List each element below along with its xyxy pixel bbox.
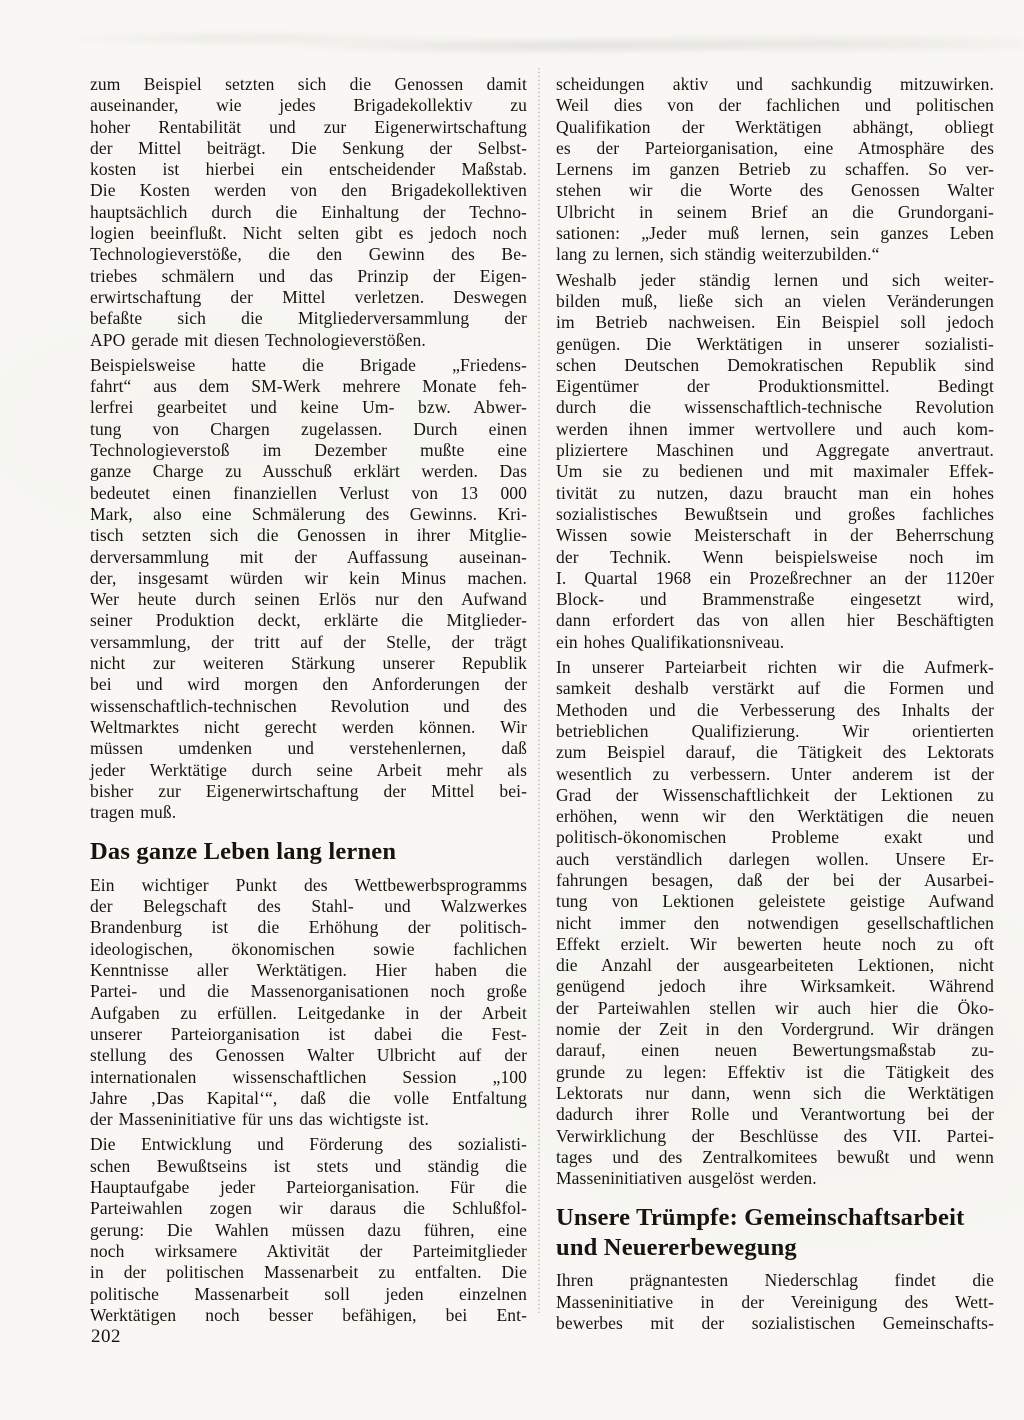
text-line: Die Kosten werden von den Brigadekollekt… — [90, 180, 527, 201]
text-line: tivität zu nutzen, dazu braucht man ein … — [556, 483, 994, 504]
right-column: scheidungen aktiv und sachkundig mitzuwi… — [556, 74, 994, 1338]
text-line: bisher zur Eigenerwirtschaftung der Mitt… — [90, 781, 527, 802]
text-line: schen Deutschen Demokratischen Republik … — [556, 355, 994, 376]
text-line: stehen wir die Worte des Genossen Walter — [556, 180, 994, 201]
page-number: 202 — [91, 1326, 121, 1348]
text-line: genügen. Die Werktätigen in unserer sozi… — [556, 334, 994, 355]
text-line: auch verständlich darlegen wollen. Unser… — [556, 849, 994, 870]
text-line: dann erfordert das von allen hier Beschä… — [556, 610, 994, 631]
left-column: zum Beispiel setzten sich die Genossen d… — [90, 74, 527, 1330]
text-line: wesentlich zu verbessern. Unter anderem … — [556, 764, 994, 785]
text-line: es der Parteiorganisation, eine Atmosphä… — [556, 138, 994, 159]
paragraph: Beispielsweise hatte die Brigade „Friede… — [90, 355, 527, 824]
text-line: Lektorats nur dann, wenn sich die Werktä… — [556, 1083, 994, 1104]
text-line: hauptsächlich durch die Einhaltung der T… — [90, 202, 527, 223]
heading-line: Das ganze Leben lang lernen — [90, 837, 527, 867]
text-line: Brandenburg ist die Erhöhung der politis… — [90, 917, 527, 938]
text-line: Kenntnisse aller Werktätigen. Hier haben… — [90, 960, 527, 981]
text-line: In unserer Parteiarbeit richten wir die … — [556, 657, 994, 678]
text-line: Hauptaufgabe jeder Parteiorganisation. F… — [90, 1177, 527, 1198]
text-line: der Technik. Wenn beispielsweise noch im — [556, 547, 994, 568]
text-line: Weshalb jeder ständig lernen und sich we… — [556, 270, 994, 291]
text-line: grunde zu legen: Effektiv ist die Tätigk… — [556, 1062, 994, 1083]
text-line: sationen: „Jeder muß lernen, sein ganzes… — [556, 223, 994, 244]
text-line: dadurch ihrer Rolle und Verantwortung be… — [556, 1104, 994, 1125]
text-line: seiner Produktion deckt, erklärte die Mi… — [90, 610, 527, 631]
text-line: zum Beispiel darauf, die Tätigkeit des L… — [556, 742, 994, 763]
text-line: Technologieverstöße, die den Gewinn des … — [90, 244, 527, 265]
text-line: I. Quartal 1968 ein Prozeßrechner an der… — [556, 568, 994, 589]
text-line: Parteiwahlen zogen wir daraus die Schluß… — [90, 1198, 527, 1219]
text-line: versammlung, der tritt auf der Stelle, d… — [90, 632, 527, 653]
text-line: bilden muß, ließe sich an vielen Verände… — [556, 291, 994, 312]
text-line: Qualifikation der Werktätigen abhängt, o… — [556, 117, 994, 138]
text-line: im Betrieb nachweisen. Ein Beispiel soll… — [556, 312, 994, 333]
text-line: zum Beispiel setzten sich die Genossen d… — [90, 74, 527, 95]
text-line: politische Massenarbeit soll jeden einze… — [90, 1284, 527, 1305]
text-line: Masseninitiative in der Vereinigung des … — [556, 1292, 994, 1313]
text-line: genügend jedoch ihre Wirksamkeit. Währen… — [556, 976, 994, 997]
text-line: durch die wissenschaftlich-technische Re… — [556, 397, 994, 418]
text-line: ideologischen, ökonomischen sowie fachli… — [90, 939, 527, 960]
text-line: lerfrei gearbeitet und keine Um- bzw. Ab… — [90, 397, 527, 418]
text-line: Technologieverstoß im Dezember mußte ein… — [90, 440, 527, 461]
paragraph: Die Entwicklung und Förderung des sozial… — [90, 1134, 527, 1326]
text-line: nomie der Zeit in den Vordergrund. Wir d… — [556, 1019, 994, 1040]
text-line: Werktätigen noch besser befähigen, bei E… — [90, 1305, 527, 1326]
text-line: in der politischen Massenarbeit zu entfa… — [90, 1262, 527, 1283]
text-line: erhöhen, wenn wir den Werktätigen die ne… — [556, 806, 994, 827]
text-line: Verwirklichung der Beschlüsse des VII. P… — [556, 1126, 994, 1147]
text-line: ganze Charge zu Ausschuß erklärt werden.… — [90, 461, 527, 482]
column-gutter-line — [538, 68, 540, 1313]
text-line: der Parteiwahlen stellen wir auch hier d… — [556, 998, 994, 1019]
text-line: samkeit deshalb verstärkt auf die Formen… — [556, 678, 994, 699]
text-line: die Anzahl der ausgearbeiteten Lektionen… — [556, 955, 994, 976]
heading-line: und Neuererbewegung — [556, 1233, 994, 1263]
text-line: Eigentümer der Produktionsmittel. Beding… — [556, 376, 994, 397]
text-line: Jahre ‚Das Kapital‘“, daß die volle Entf… — [90, 1088, 527, 1109]
paragraph: Ihren prägnantesten Niederschlag findet … — [556, 1270, 994, 1334]
text-line: Die Entwicklung und Förderung des sozial… — [90, 1134, 527, 1155]
text-line: Weltmarktes nicht gerecht werden können.… — [90, 717, 527, 738]
text-line: politisch-ökonomischen Probleme exakt un… — [556, 827, 994, 848]
text-line: unserer Parteiorganisation ist dabei die… — [90, 1024, 527, 1045]
text-line: bedeutet einen finanziellen Verlust von … — [90, 483, 527, 504]
text-line: tragen muß. — [90, 802, 527, 823]
text-line: müssen umdenken und verstehenlernen, daß — [90, 738, 527, 759]
text-line: stellung des Genossen Walter Ulbricht au… — [90, 1045, 527, 1066]
text-line: triebes schmälern und das Prinzip der Ei… — [90, 266, 527, 287]
paragraph: Weshalb jeder ständig lernen und sich we… — [556, 270, 994, 653]
text-line: Ihren prägnantesten Niederschlag findet … — [556, 1270, 994, 1291]
text-line: kosten ist hierbei ein entscheidender Ma… — [90, 159, 527, 180]
text-line: noch wirksamere Aktivität der Parteimitg… — [90, 1241, 527, 1262]
text-line: APO gerade mit diesen Technologieverstöß… — [90, 330, 527, 351]
heading-line: Unsere Trümpfe: Gemeinschaftsarbeit — [556, 1203, 994, 1233]
text-line: Methoden und die Verbesserung des Inhalt… — [556, 700, 994, 721]
section-heading: Das ganze Leben lang lernen — [90, 837, 527, 867]
text-line: bei und wird morgen den Anforderungen de… — [90, 674, 527, 695]
text-line: lang zu lernen, sich ständig weiterzubil… — [556, 244, 994, 265]
text-line: betrieblichen Qualifizierung. Wir orient… — [556, 721, 994, 742]
text-line: Mark, also eine Schmälerung des Gewinns.… — [90, 504, 527, 525]
text-line: tung von Lektionen geleistete geistige A… — [556, 891, 994, 912]
text-line: scheidungen aktiv und sachkundig mitzuwi… — [556, 74, 994, 95]
text-line: schen Bewußtseins ist stets und ständig … — [90, 1156, 527, 1177]
paragraph: zum Beispiel setzten sich die Genossen d… — [90, 74, 527, 351]
text-line: tisch setzten sich die Genossen in ihrer… — [90, 525, 527, 546]
text-line: nicht immer den notwendigen gesellschaft… — [556, 913, 994, 934]
scanned-page: zum Beispiel setzten sich die Genossen d… — [0, 0, 1024, 1420]
paragraph: scheidungen aktiv und sachkundig mitzuwi… — [556, 74, 994, 266]
text-line: bewerbes mit der sozialistischen Gemeins… — [556, 1313, 994, 1334]
scan-artifact-top — [0, 16, 1024, 66]
text-line: Lernens im ganzen Betrieb zu schaffen. S… — [556, 159, 994, 180]
text-line: Weil dies von der fachlichen und politis… — [556, 95, 994, 116]
text-line: der, insgesamt würden wir kein Minus mac… — [90, 568, 527, 589]
text-line: Beispielsweise hatte die Brigade „Friede… — [90, 355, 527, 376]
text-line: Block- und Brammenstraße eingesetzt wird… — [556, 589, 994, 610]
text-line: fahrt“ aus dem SM-Werk mehrere Monate fe… — [90, 376, 527, 397]
text-line: hoher Rentabilität und zur Eigenerwirtsc… — [90, 117, 527, 138]
text-line: sozialistisches Bewußtsein und großes fa… — [556, 504, 994, 525]
text-line: Wissen sowie Meisterschaft in der Beherr… — [556, 525, 994, 546]
text-line: fahrungen besagen, daß der bei der Ausar… — [556, 870, 994, 891]
text-line: werden ihnen immer wertvollere und auch … — [556, 419, 994, 440]
text-line: Um sie zu bedienen und mit maximaler Eff… — [556, 461, 994, 482]
text-line: wissenschaftlich-technischen Revolution … — [90, 696, 527, 717]
text-line: tung von Chargen zugelassen. Durch einen — [90, 419, 527, 440]
text-line: der Masseninitiative für uns das wichtig… — [90, 1109, 527, 1130]
text-line: jeder Werktätige durch seine Arbeit mehr… — [90, 760, 527, 781]
text-line: auseinander, wie jedes Brigadekollektiv … — [90, 95, 527, 116]
text-line: logien beeinflußt. Nicht selten gibt es … — [90, 223, 527, 244]
text-line: derversammlung mit der Auffassung ausein… — [90, 547, 527, 568]
text-line: gerung: Die Wahlen müssen dazu führen, e… — [90, 1220, 527, 1241]
text-line: Aufgaben zu erfüllen. Leitgedanke in der… — [90, 1003, 527, 1024]
text-line: Wer heute durch seinen Erlös nur den Auf… — [90, 589, 527, 610]
text-line: der Mittel beiträgt. Die Senkung der Sel… — [90, 138, 527, 159]
text-line: Ein wichtiger Punkt des Wettbewerbsprogr… — [90, 875, 527, 896]
text-line: tages und des Zentralkomitees bewußt und… — [556, 1147, 994, 1168]
section-heading: Unsere Trümpfe: Gemeinschaftsarbeitund N… — [556, 1203, 994, 1262]
text-line: internationalen wissenschaftlichen Sessi… — [90, 1067, 527, 1088]
text-line: pliziertere Maschinen und Aggregate anve… — [556, 440, 994, 461]
text-line: Masseninitiativen ausgelöst werden. — [556, 1168, 994, 1189]
text-line: Grad der Wissenschaftlichkeit der Lektio… — [556, 785, 994, 806]
text-line: darauf, einen neuen Bewertungsmaßstab zu… — [556, 1040, 994, 1061]
text-line: erwirtschaftung der Mittel verletzen. De… — [90, 287, 527, 308]
text-line: nicht zur weiteren Stärkung unserer Repu… — [90, 653, 527, 674]
text-line: Partei- und die Massenorganisationen noc… — [90, 981, 527, 1002]
text-line: ein hohes Qualifikationsniveau. — [556, 632, 994, 653]
text-line: Ulbricht in seinem Brief an die Grundorg… — [556, 202, 994, 223]
text-line: befaßte sich die Mitgliederversammlung d… — [90, 308, 527, 329]
text-line: der Belegschaft des Stahl- und Walzwerke… — [90, 896, 527, 917]
paragraph: Ein wichtiger Punkt des Wettbewerbsprogr… — [90, 875, 527, 1131]
paragraph: In unserer Parteiarbeit richten wir die … — [556, 657, 994, 1189]
text-line: Effekt erzielt. Wir bewerten heute noch … — [556, 934, 994, 955]
